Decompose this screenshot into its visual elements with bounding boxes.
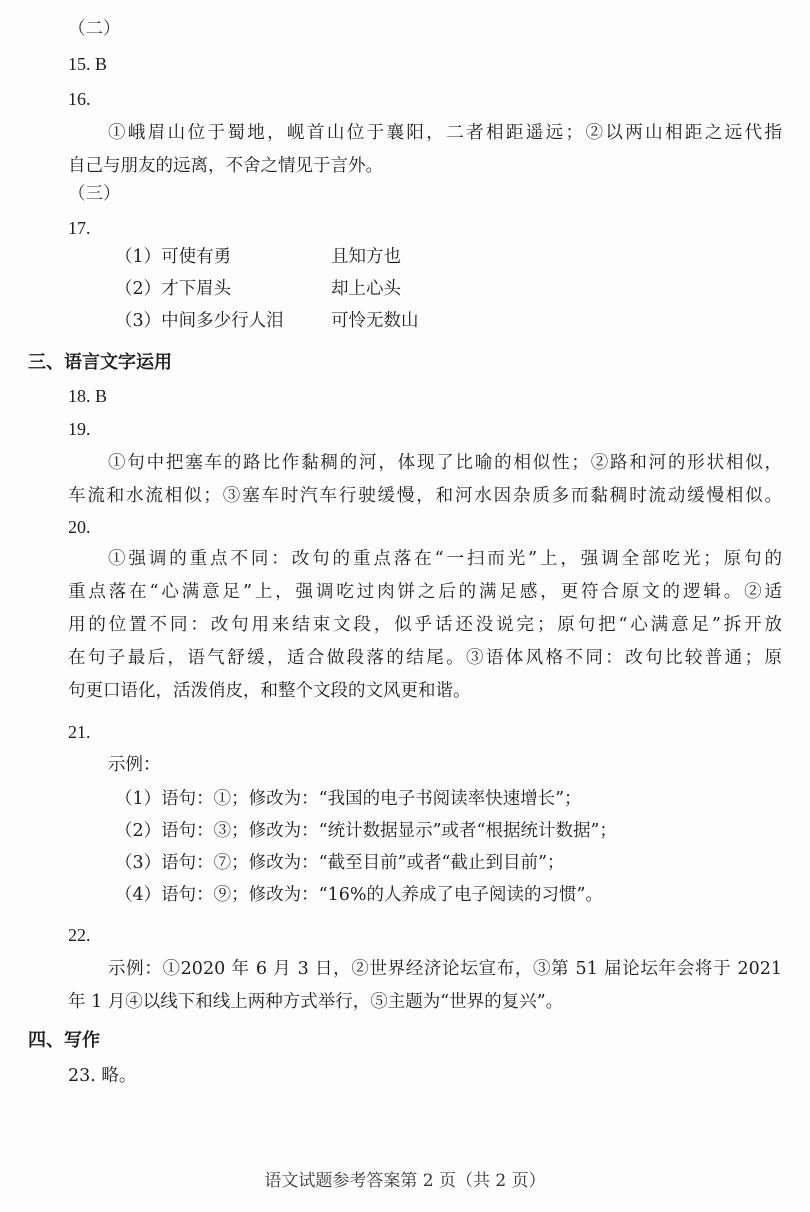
answer-22-line-2: 年 1 月④以线下和线上两种方式举行，⑤主题为“世界的复兴”。	[68, 991, 563, 1013]
answer-17-item-2: （2）才下眉头	[115, 278, 231, 300]
subsection-2-label: （二）	[68, 18, 121, 40]
line-a: 才下眉头	[161, 279, 231, 299]
question-16-label: 16.	[68, 88, 91, 110]
question-22-label: 22.	[68, 924, 91, 946]
answer-20-line-1: ①强调的重点不同：改句的重点落在“一扫而光”上，强调全部吃光；原句的	[108, 548, 782, 570]
line-a: 中间多少行人泪	[161, 311, 284, 331]
page-footer: 语文试题参考答案第 2 页（共 2 页）	[0, 1166, 810, 1191]
answer-20-line-5: 句更口语化，活泼俏皮，和整个文段的文风更和谐。	[68, 680, 471, 702]
answer-16-line-2: 自己与朋友的远离，不舍之情见于言外。	[68, 155, 383, 177]
answer-17-item-2-b: 却上心头	[331, 278, 401, 300]
answer-21-item-2: （2）语句：③；修改为：“统计数据显示”或者“根据统计数据”；	[115, 820, 617, 842]
answer-20-line-2: 重点落在“心满意足”上，强调吃过肉饼之后的满足感，更符合原文的逻辑。②适	[68, 581, 782, 603]
question-17-label: 17.	[68, 217, 91, 239]
answer-16-line-1: ①峨眉山位于蜀地，岘首山位于襄阳，二者相距遥远；②以两山相距之远代指	[108, 122, 782, 144]
answer-21-item-1: （1）语句：①；修改为：“我国的电子书阅读率快速增长”；	[115, 788, 582, 810]
answer-20-line-3: 用的位置不同：改句用来结束文段，似乎话还没说完；原句把“心满意足”拆开放	[68, 614, 782, 636]
item-number: （3）	[115, 311, 161, 331]
item-number: （1）	[115, 247, 161, 267]
answer-21-item-3: （3）语句：⑦；修改为：“截至目前”或者“截止到目前”；	[115, 852, 564, 874]
answer-22-line-1: 示例：①2020 年 6 月 3 日，②世界经济论坛宣布，③第 51 届论坛年会…	[108, 958, 782, 980]
answer-15: 15. B	[68, 53, 107, 75]
answer-17-item-3: （3）中间多少行人泪	[115, 310, 284, 332]
question-21-label: 21.	[68, 721, 91, 743]
answer-18: 18. B	[68, 385, 107, 407]
answer-20-line-4: 在句子最后，语气舒缓，适合做段落的结尾。③语体风格不同：改句比较普通；原	[68, 647, 782, 669]
subsection-3-label: （三）	[68, 183, 121, 205]
answer-21-item-4: （4）语句：⑨；修改为：“16%的人养成了电子阅读的习惯”。	[115, 884, 603, 906]
answer-17-item-3-b: 可怜无数山	[331, 310, 419, 332]
answer-21-example-label: 示例：	[108, 754, 161, 776]
line-a: 可使有勇	[161, 247, 231, 267]
section-4-title: 四、写作	[28, 1030, 100, 1052]
question-20-label: 20.	[68, 516, 91, 538]
answer-23: 23. 略。	[68, 1065, 136, 1087]
answer-19-line-2: 车流和水流相似；③塞车时汽车行驶缓慢，和河水因杂质多而黏稠时流动缓慢相似。	[68, 485, 782, 507]
section-3-title: 三、语言文字运用	[28, 352, 172, 374]
question-19-label: 19.	[68, 418, 91, 440]
answer-17-item-1: （1）可使有勇	[115, 246, 231, 268]
answer-17-item-1-b: 且知方也	[331, 246, 401, 268]
answer-19-line-1: ①句中把塞车的路比作黏稠的河，体现了比喻的相似性；②路和河的形状相似，	[108, 452, 782, 474]
item-number: （2）	[115, 279, 161, 299]
